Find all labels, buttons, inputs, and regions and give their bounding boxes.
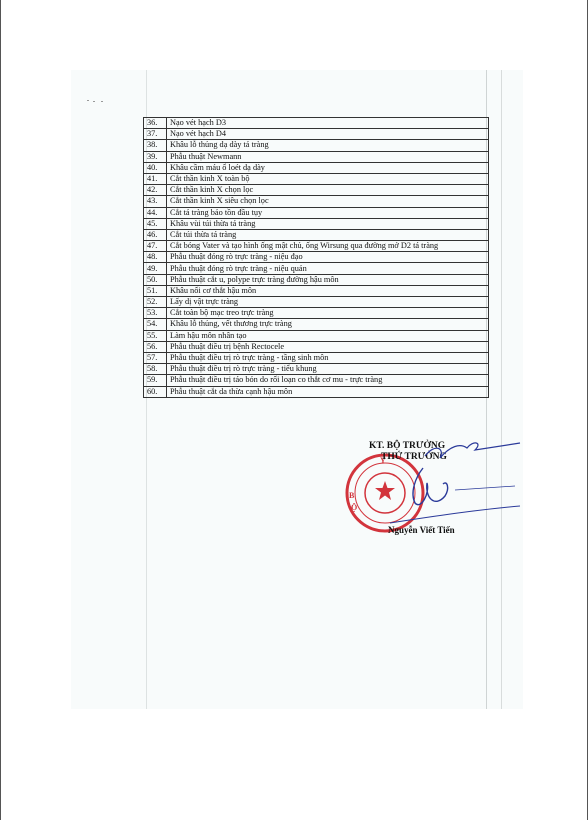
scan-margin-line bbox=[501, 70, 502, 709]
procedure-number: 51. bbox=[144, 285, 167, 296]
table-row: 39.Phẫu thuật Newmann bbox=[144, 151, 489, 162]
procedure-number: 56. bbox=[144, 341, 167, 352]
procedure-number: 37. bbox=[144, 129, 167, 140]
table-row: 58.Phẫu thuật điều trị rò trực tràng - t… bbox=[144, 364, 489, 375]
handwritten-signature-icon bbox=[355, 438, 530, 538]
procedure-name: Phẫu thuật Newmann bbox=[167, 151, 489, 162]
signer-name: Nguyễn Viết Tiến bbox=[388, 525, 455, 535]
procedure-number: 48. bbox=[144, 252, 167, 263]
table-row: 57.Phẫu thuật điều trị rò trực tràng - t… bbox=[144, 352, 489, 363]
table-row: 38.Khâu lỗ thủng dạ dày tá tràng bbox=[144, 140, 489, 151]
procedure-table: 36.Nạo vét hạch D337.Nạo vét hạch D438.K… bbox=[143, 117, 489, 398]
procedure-number: 45. bbox=[144, 218, 167, 229]
procedure-name: Phẫu thuật điều trị táo bón do rối loạn … bbox=[167, 375, 489, 386]
scan-speck bbox=[101, 101, 103, 102]
procedure-number: 57. bbox=[144, 352, 167, 363]
procedure-name: Cắt bóng Vater và tạo hình ống mật chủ, … bbox=[167, 241, 489, 252]
table-row: 43.Cắt thần kinh X siêu chọn lọc bbox=[144, 196, 489, 207]
procedure-number: 49. bbox=[144, 263, 167, 274]
procedure-name: Cắt túi thừa tá tràng bbox=[167, 229, 489, 240]
scan-speck bbox=[93, 101, 95, 102]
procedure-name: Khâu cầm máu ổ loét dạ dày bbox=[167, 162, 489, 173]
procedure-name: Khâu lỗ thủng, vết thương trực tràng bbox=[167, 319, 489, 330]
table-row: 42.Cắt thần kinh X chọn lọc bbox=[144, 185, 489, 196]
signature-block: Ộ B Y KT. BỘ TRƯỞNG THỨ TRƯỞNG Nguyễn Vi… bbox=[355, 438, 525, 548]
procedure-name: Cắt thần kinh X siêu chọn lọc bbox=[167, 196, 489, 207]
procedure-number: 50. bbox=[144, 274, 167, 285]
procedure-name: Phẫu thuật cắt u, polype trực tràng đườn… bbox=[167, 274, 489, 285]
table-row: 46.Cắt túi thừa tá tràng bbox=[144, 229, 489, 240]
procedure-name: Cắt tá tràng bảo tồn đầu tụy bbox=[167, 207, 489, 218]
procedure-number: 44. bbox=[144, 207, 167, 218]
table-row: 59.Phẫu thuật điều trị táo bón do rối lo… bbox=[144, 375, 489, 386]
table-row: 44.Cắt tá tràng bảo tồn đầu tụy bbox=[144, 207, 489, 218]
procedure-number: 42. bbox=[144, 185, 167, 196]
table-row: 51.Khâu nối cơ thắt hậu môn bbox=[144, 285, 489, 296]
scan-speck bbox=[87, 100, 89, 101]
procedure-number: 58. bbox=[144, 364, 167, 375]
procedure-name: Khâu lỗ thủng dạ dày tá tràng bbox=[167, 140, 489, 151]
procedure-name: Cắt toàn bộ mạc treo trực tràng bbox=[167, 308, 489, 319]
procedure-name: Cắt thần kinh X chọn lọc bbox=[167, 185, 489, 196]
procedure-number: 36. bbox=[144, 118, 167, 129]
procedure-number: 43. bbox=[144, 196, 167, 207]
procedure-name: Phẫu thuật đóng rò trực tràng - niệu đạo bbox=[167, 252, 489, 263]
procedure-number: 39. bbox=[144, 151, 167, 162]
procedure-name: Cắt thần kinh X toàn bộ bbox=[167, 173, 489, 184]
table-row: 55.Làm hậu môn nhân tạo bbox=[144, 330, 489, 341]
table-row: 49.Phẫu thuật đóng rò trực tràng - niệu … bbox=[144, 263, 489, 274]
procedure-number: 60. bbox=[144, 386, 167, 397]
procedure-name: Phẫu thuật điều trị rò trực tràng - tầng… bbox=[167, 352, 489, 363]
procedure-number: 59. bbox=[144, 375, 167, 386]
procedure-name: Nạo vét hạch D4 bbox=[167, 129, 489, 140]
procedure-name: Nạo vét hạch D3 bbox=[167, 118, 489, 129]
procedure-number: 46. bbox=[144, 229, 167, 240]
table-row: 37.Nạo vét hạch D4 bbox=[144, 129, 489, 140]
procedure-name: Phẫu thuật điều trị rò trực tràng - tiểu… bbox=[167, 364, 489, 375]
procedure-name: Lấy dị vật trực tràng bbox=[167, 297, 489, 308]
table-row: 48.Phẫu thuật đóng rò trực tràng - niệu … bbox=[144, 252, 489, 263]
table-row: 40.Khâu cầm máu ổ loét dạ dày bbox=[144, 162, 489, 173]
procedure-number: 52. bbox=[144, 297, 167, 308]
table-row: 41.Cắt thần kinh X toàn bộ bbox=[144, 173, 489, 184]
table-row: 60.Phẫu thuật cắt da thừa cạnh hậu môn bbox=[144, 386, 489, 397]
procedure-name: Khâu vùi túi thừa tá tràng bbox=[167, 218, 489, 229]
table-row: 50.Phẫu thuật cắt u, polype trực tràng đ… bbox=[144, 274, 489, 285]
procedure-name: Phẫu thuật đóng rò trực tràng - niệu quả… bbox=[167, 263, 489, 274]
table-row: 45.Khâu vùi túi thừa tá tràng bbox=[144, 218, 489, 229]
procedure-name: Phẫu thuật điều trị bệnh Rectocele bbox=[167, 341, 489, 352]
procedure-number: 41. bbox=[144, 173, 167, 184]
procedure-name: Khâu nối cơ thắt hậu môn bbox=[167, 285, 489, 296]
procedure-number: 38. bbox=[144, 140, 167, 151]
procedure-number: 55. bbox=[144, 330, 167, 341]
table-row: 56.Phẫu thuật điều trị bệnh Rectocele bbox=[144, 341, 489, 352]
procedure-number: 47. bbox=[144, 241, 167, 252]
viewer-left-border bbox=[0, 0, 1, 820]
table-row: 52.Lấy dị vật trực tràng bbox=[144, 297, 489, 308]
table-row: 54.Khâu lỗ thủng, vết thương trực tràng bbox=[144, 319, 489, 330]
procedure-name: Phẫu thuật cắt da thừa cạnh hậu môn bbox=[167, 386, 489, 397]
table-row: 36.Nạo vét hạch D3 bbox=[144, 118, 489, 129]
procedure-number: 53. bbox=[144, 308, 167, 319]
procedure-name: Làm hậu môn nhân tạo bbox=[167, 330, 489, 341]
procedure-number: 54. bbox=[144, 319, 167, 330]
table-row: 47.Cắt bóng Vater và tạo hình ống mật ch… bbox=[144, 241, 489, 252]
procedure-number: 40. bbox=[144, 162, 167, 173]
table-row: 53.Cắt toàn bộ mạc treo trực tràng bbox=[144, 308, 489, 319]
